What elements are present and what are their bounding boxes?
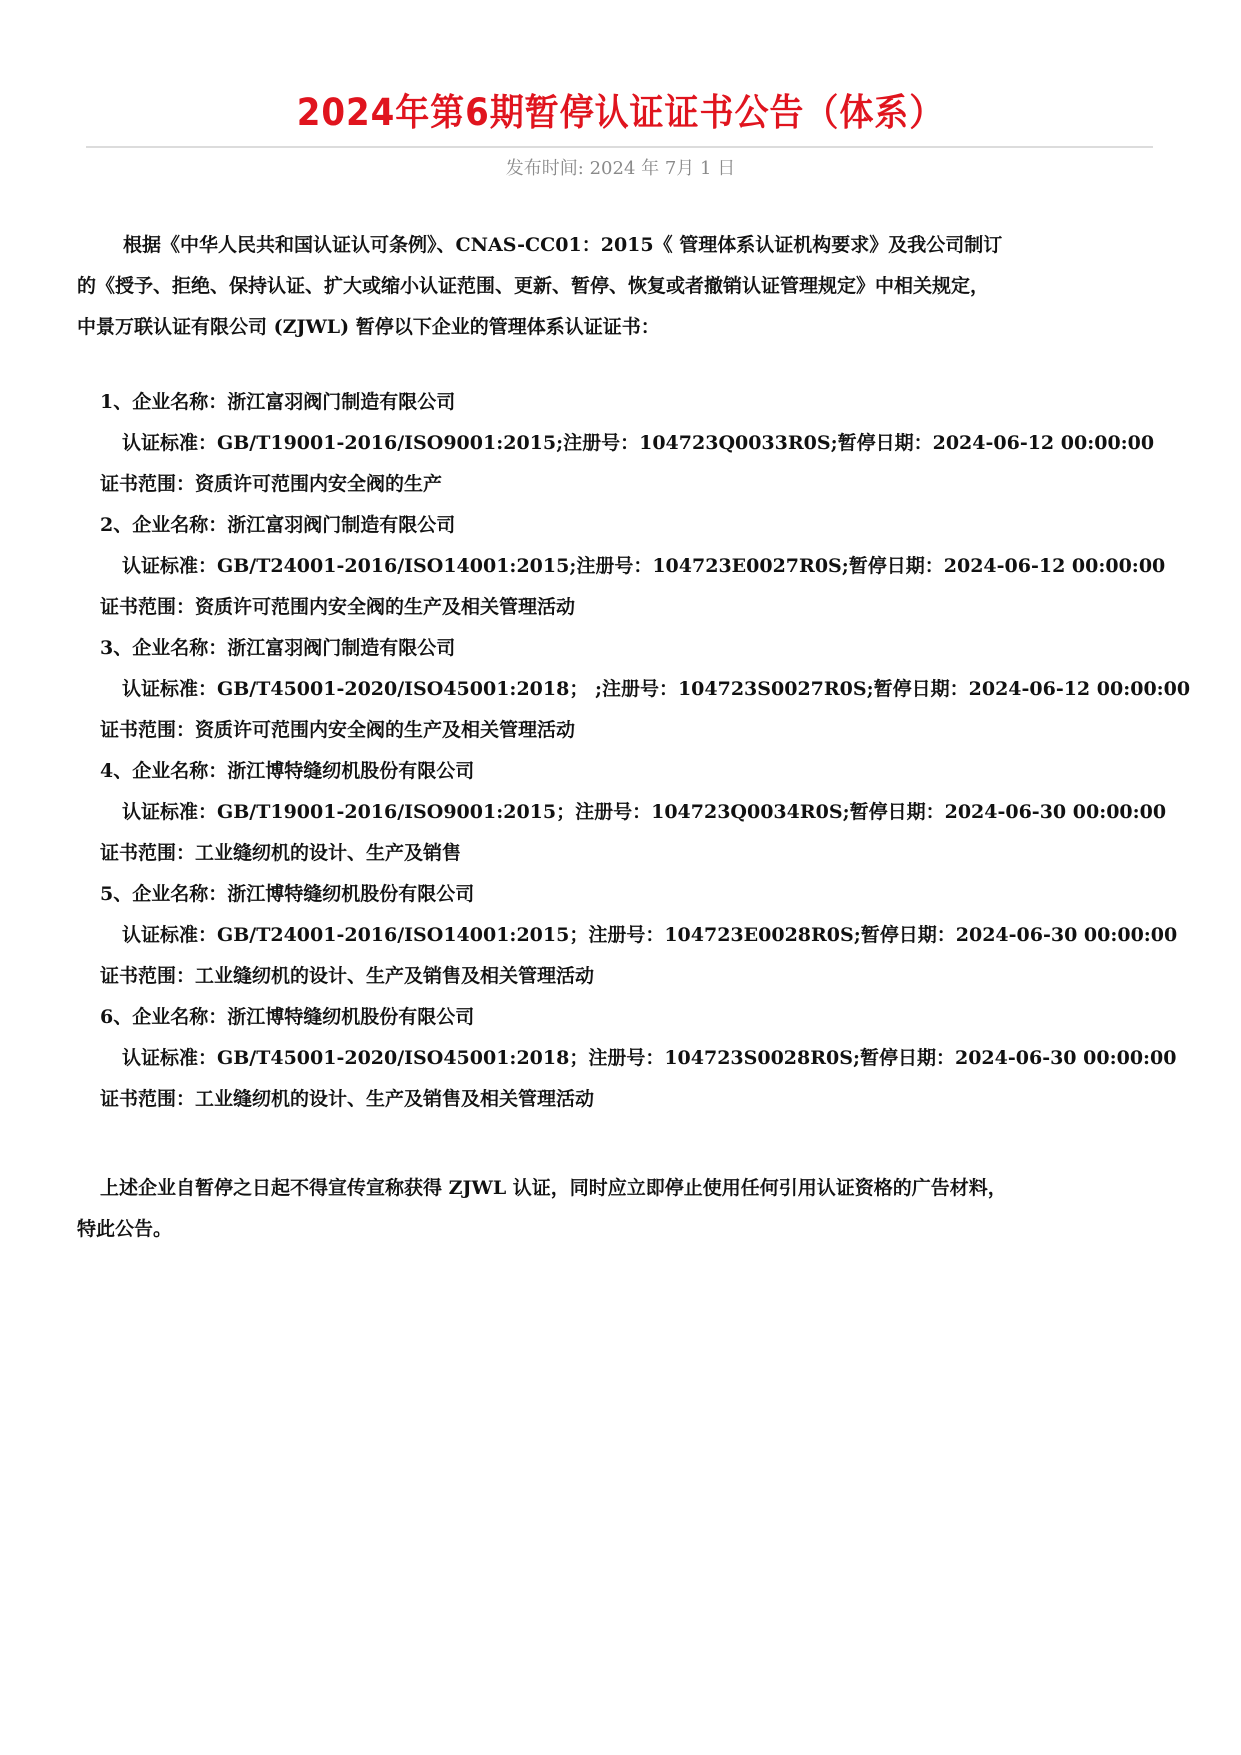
- company-row: 1、企业名称：浙江富羽阀门制造有限公司: [100, 382, 1200, 423]
- company-name: 浙江博特缝纫机股份有限公司: [227, 760, 474, 782]
- company-name: 浙江博特缝纫机股份有限公司: [227, 883, 474, 905]
- closing-paragraph: 上述企业自暂停之日起不得宣传宣称获得 ZJWL 认证，同时应立即停止使用任何引用…: [77, 1168, 1177, 1250]
- list-item: 1、企业名称：浙江富羽阀门制造有限公司 认证标准：GB/T19001-2016/…: [100, 382, 1200, 505]
- company-label: 企业名称：: [132, 514, 227, 536]
- list-item: 6、企业名称：浙江博特缝纫机股份有限公司 认证标准：GB/T45001-2020…: [100, 997, 1200, 1120]
- intro-line-1: 根据《中华人民共和国认证认可条例》、CNAS-CC01：2015《 管理体系认证…: [77, 225, 1177, 266]
- publish-label: 发布时间:: [506, 158, 584, 179]
- standard-line: 认证标准：GB/T45001-2020/ISO45001:2018；注册号：10…: [100, 1038, 1200, 1079]
- title-divider: [86, 146, 1153, 148]
- list-item: 2、企业名称：浙江富羽阀门制造有限公司 认证标准：GB/T24001-2016/…: [100, 505, 1200, 628]
- intro-paragraph: 根据《中华人民共和国认证认可条例》、CNAS-CC01：2015《 管理体系认证…: [77, 225, 1177, 348]
- company-row: 4、企业名称：浙江博特缝纫机股份有限公司: [100, 751, 1200, 792]
- standard-line: 认证标准：GB/T45001-2020/ISO45001:2018； ;注册号：…: [100, 669, 1200, 710]
- company-row: 2、企业名称：浙江富羽阀门制造有限公司: [100, 505, 1200, 546]
- scope-line: 证书范围：资质许可范围内安全阀的生产及相关管理活动: [100, 587, 1200, 628]
- scope-line: 证书范围：工业缝纫机的设计、生产及销售及相关管理活动: [100, 956, 1200, 997]
- publish-date: 发布时间: 2024 年 7月 1 日: [0, 154, 1241, 180]
- scope-line: 证书范围：工业缝纫机的设计、生产及销售: [100, 833, 1200, 874]
- company-row: 6、企业名称：浙江博特缝纫机股份有限公司: [100, 997, 1200, 1038]
- entry-index: 1、: [100, 391, 132, 413]
- company-name: 浙江富羽阀门制造有限公司: [227, 637, 455, 659]
- entry-index: 4、: [100, 760, 132, 782]
- standard-line: 认证标准：GB/T24001-2016/ISO14001:2015；注册号：10…: [100, 915, 1200, 956]
- company-label: 企业名称：: [132, 391, 227, 413]
- scope-line: 证书范围：资质许可范围内安全阀的生产: [100, 464, 1200, 505]
- company-name: 浙江博特缝纫机股份有限公司: [227, 1006, 474, 1028]
- closing-line-2: 特此公告。: [77, 1209, 1177, 1250]
- company-label: 企业名称：: [132, 760, 227, 782]
- company-label: 企业名称：: [132, 883, 227, 905]
- company-name: 浙江富羽阀门制造有限公司: [227, 391, 455, 413]
- page-title: 2024年第6期暂停认证证书公告（体系）: [50, 82, 1192, 136]
- list-item: 3、企业名称：浙江富羽阀门制造有限公司 认证标准：GB/T45001-2020/…: [100, 628, 1200, 751]
- entry-index: 3、: [100, 637, 132, 659]
- standard-line: 认证标准：GB/T19001-2016/ISO9001:2015；注册号：104…: [100, 792, 1200, 833]
- list-item: 4、企业名称：浙江博特缝纫机股份有限公司 认证标准：GB/T19001-2016…: [100, 751, 1200, 874]
- list-item: 5、企业名称：浙江博特缝纫机股份有限公司 认证标准：GB/T24001-2016…: [100, 874, 1200, 997]
- standard-line: 认证标准：GB/T24001-2016/ISO14001:2015;注册号：10…: [100, 546, 1200, 587]
- suspended-certificate-list: 1、企业名称：浙江富羽阀门制造有限公司 认证标准：GB/T19001-2016/…: [100, 382, 1200, 1120]
- intro-line-3: 中景万联认证有限公司 (ZJWL) 暂停以下企业的管理体系认证证书：: [77, 307, 1177, 348]
- scope-line: 证书范围：资质许可范围内安全阀的生产及相关管理活动: [100, 710, 1200, 751]
- scope-line: 证书范围：工业缝纫机的设计、生产及销售及相关管理活动: [100, 1079, 1200, 1120]
- company-label: 企业名称：: [132, 637, 227, 659]
- entry-index: 6、: [100, 1006, 132, 1028]
- company-label: 企业名称：: [132, 1006, 227, 1028]
- company-row: 5、企业名称：浙江博特缝纫机股份有限公司: [100, 874, 1200, 915]
- closing-line-1: 上述企业自暂停之日起不得宣传宣称获得 ZJWL 认证，同时应立即停止使用任何引用…: [77, 1168, 1177, 1209]
- company-name: 浙江富羽阀门制造有限公司: [227, 514, 455, 536]
- publish-date-value: 2024 年 7月 1 日: [590, 158, 736, 179]
- company-row: 3、企业名称：浙江富羽阀门制造有限公司: [100, 628, 1200, 669]
- entry-index: 2、: [100, 514, 132, 536]
- entry-index: 5、: [100, 883, 132, 905]
- intro-line-2: 的《授予、拒绝、保持认证、扩大或缩小认证范围、更新、暂停、恢复或者撤销认证管理规…: [77, 266, 1177, 307]
- standard-line: 认证标准：GB/T19001-2016/ISO9001:2015;注册号：104…: [100, 423, 1200, 464]
